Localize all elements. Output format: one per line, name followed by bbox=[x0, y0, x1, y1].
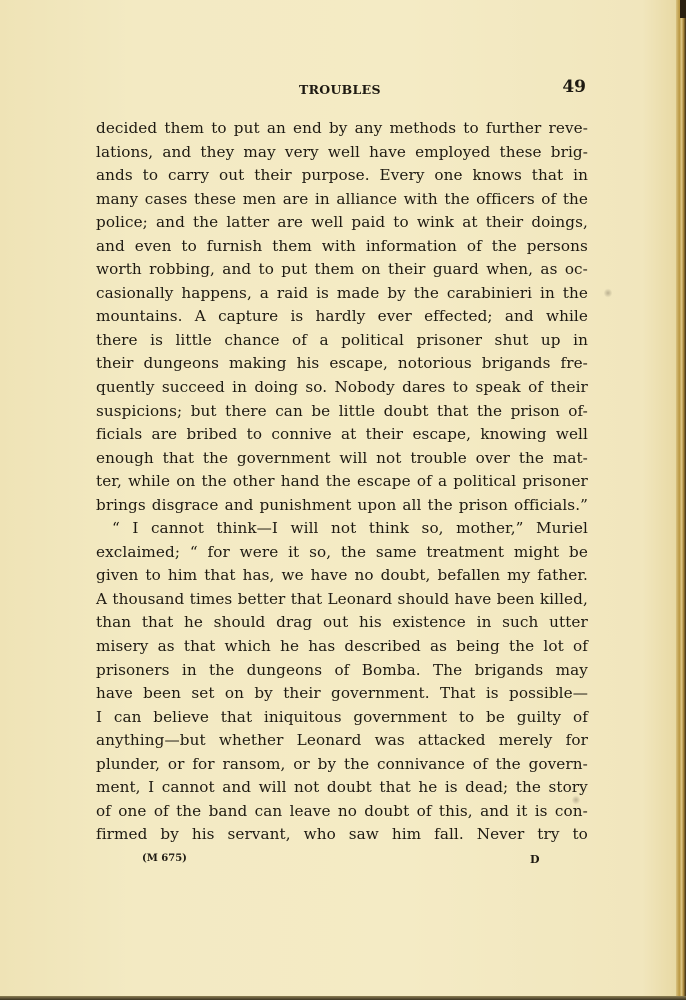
line-words: anything—butwhetherLeonardwasattackedmer… bbox=[96, 729, 588, 753]
line-words: ficialsarebribedtoconniveattheirescape,k… bbox=[96, 423, 588, 447]
gathering-letter: D bbox=[530, 853, 540, 866]
running-title: TROUBLES bbox=[299, 82, 381, 97]
text-line: mountains.Acaptureishardlyevereffected;a… bbox=[96, 305, 588, 329]
paper-smudge bbox=[572, 795, 580, 805]
line-words: theirdungeonsmakinghisescape,notoriousbr… bbox=[96, 352, 588, 376]
line-words: ofoneofthebandcanleavenodoubtofthis,andi… bbox=[96, 800, 588, 824]
body-text: decidedthemtoputanendbyanymethodstofurth… bbox=[96, 117, 588, 847]
running-head: TROUBLES 49 bbox=[96, 80, 588, 100]
text-line: exclaimed;“forwereitso,thesametreatmentm… bbox=[96, 541, 588, 565]
line-words: exclaimed;“forwereitso,thesametreatmentm… bbox=[96, 541, 588, 565]
line-words: quentlysucceedindoingso.Nobodydarestospe… bbox=[96, 376, 588, 400]
line-words: ment,Icannotandwillnotdoubtthatheisdead;… bbox=[96, 776, 588, 800]
text-line: anything—butwhetherLeonardwasattackedmer… bbox=[96, 729, 588, 753]
text-line: suspicions;buttherecanbelittledoubtthatt… bbox=[96, 400, 588, 424]
text-line: worthrobbing,andtoputthemontheirguardwhe… bbox=[96, 258, 588, 282]
text-line: bringsdisgraceandpunishmentuponallthepri… bbox=[96, 494, 588, 518]
line-words: “Icannotthink—Iwillnotthinkso,mother,”Mu… bbox=[112, 517, 588, 541]
text-line: AthousandtimesbetterthatLeonardshouldhav… bbox=[96, 588, 588, 612]
text-line: ofoneofthebandcanleavenodoubtofthis,andi… bbox=[96, 800, 588, 824]
text-line: quentlysucceedindoingso.Nobodydarestospe… bbox=[96, 376, 588, 400]
text-line: lations,andtheymayverywellhaveemployedth… bbox=[96, 141, 588, 165]
line-words: casionallyhappens,araidismadebythecarabi… bbox=[96, 282, 588, 306]
text-line: manycasesthesemenareinalliancewiththeoff… bbox=[96, 188, 588, 212]
line-words: miseryasthatwhichhehasdescribedasbeingth… bbox=[96, 635, 588, 659]
text-line: plunder,orforransom,orbytheconnivanceoft… bbox=[96, 753, 588, 777]
line-words: prisonersinthedungeonsofBomba.Thebrigand… bbox=[96, 659, 588, 683]
text-line: andstocarryouttheirpurpose.Everyoneknows… bbox=[96, 164, 588, 188]
text-line: “Icannotthink—Iwillnotthinkso,mother,”Mu… bbox=[96, 517, 588, 541]
line-words: worthrobbing,andtoputthemontheirguardwhe… bbox=[96, 258, 588, 282]
text-line: Icanbelievethatiniquitousgovernmenttobeg… bbox=[96, 706, 588, 730]
text-line: police;andthelatterarewellpaidtowinkatth… bbox=[96, 211, 588, 235]
text-line: enoughthatthegovernmentwillnottroubleove… bbox=[96, 447, 588, 471]
line-words: thanthatheshoulddragouthisexistenceinsuc… bbox=[96, 611, 588, 635]
line-words: police;andthelatterarewellpaidtowinkatth… bbox=[96, 211, 588, 235]
text-line: ter,whileontheotherhandtheescapeofapolit… bbox=[96, 470, 588, 494]
page-stack-edge bbox=[676, 0, 686, 1000]
signature-mark: (M 675) bbox=[142, 853, 187, 864]
paper-smudge bbox=[604, 288, 612, 298]
text-line: prisonersinthedungeonsofBomba.Thebrigand… bbox=[96, 659, 588, 683]
text-line: ment,Icannotandwillnotdoubtthatheisdead;… bbox=[96, 776, 588, 800]
line-words: manycasesthesemenareinalliancewiththeoff… bbox=[96, 188, 588, 212]
text-line: thereislittlechanceofapoliticalprisoners… bbox=[96, 329, 588, 353]
text-line: firmedbyhisservant,whosawhimfall.Nevertr… bbox=[96, 823, 588, 847]
line-words: firmedbyhisservant,whosawhimfall.Nevertr… bbox=[96, 823, 588, 847]
line-words: thereislittlechanceofapoliticalprisoners… bbox=[96, 329, 588, 353]
text-line: thanthatheshoulddragouthisexistenceinsuc… bbox=[96, 611, 588, 635]
line-words: havebeensetonbytheirgovernment.Thatispos… bbox=[96, 682, 588, 706]
text-line: andeventofurnishthemwithinformationofthe… bbox=[96, 235, 588, 259]
book-page: TROUBLES 49 decidedthemtoputanendbyanyme… bbox=[0, 0, 676, 996]
text-line: ficialsarebribedtoconniveattheirescape,k… bbox=[96, 423, 588, 447]
text-line: theirdungeonsmakinghisescape,notoriousbr… bbox=[96, 352, 588, 376]
line-words: giventohimthathas,wehavenodoubt,befallen… bbox=[96, 564, 588, 588]
line-words: andeventofurnishthemwithinformationofthe… bbox=[96, 235, 588, 259]
line-words: plunder,orforransom,orbytheconnivanceoft… bbox=[96, 753, 588, 777]
page-footer: (M 675) D bbox=[96, 853, 588, 869]
line-words: AthousandtimesbetterthatLeonardshouldhav… bbox=[96, 588, 588, 612]
line-words: andstocarryouttheirpurpose.Everyoneknows… bbox=[96, 164, 588, 188]
page-edge-shadow bbox=[680, 0, 686, 18]
line-words: ter,whileontheotherhandtheescapeofapolit… bbox=[96, 470, 588, 494]
line-words: Icanbelievethatiniquitousgovernmenttobeg… bbox=[96, 706, 588, 730]
text-line: casionallyhappens,araidismadebythecarabi… bbox=[96, 282, 588, 306]
page-number: 49 bbox=[562, 77, 586, 97]
text-line: giventohimthathas,wehavenodoubt,befallen… bbox=[96, 564, 588, 588]
line-words: decidedthemtoputanendbyanymethodstofurth… bbox=[96, 117, 588, 141]
page-bottom-shadow bbox=[0, 996, 686, 1000]
text-line: decidedthemtoputanendbyanymethodstofurth… bbox=[96, 117, 588, 141]
line-words: mountains.Acaptureishardlyevereffected;a… bbox=[96, 305, 588, 329]
line-words: suspicions;buttherecanbelittledoubtthatt… bbox=[96, 400, 588, 424]
text-line: havebeensetonbytheirgovernment.Thatispos… bbox=[96, 682, 588, 706]
line-words: lations,andtheymayverywellhaveemployedth… bbox=[96, 141, 588, 165]
line-words: bringsdisgraceandpunishmentuponallthepri… bbox=[96, 494, 588, 518]
line-words: enoughthatthegovernmentwillnottroubleove… bbox=[96, 447, 588, 471]
text-line: miseryasthatwhichhehasdescribedasbeingth… bbox=[96, 635, 588, 659]
